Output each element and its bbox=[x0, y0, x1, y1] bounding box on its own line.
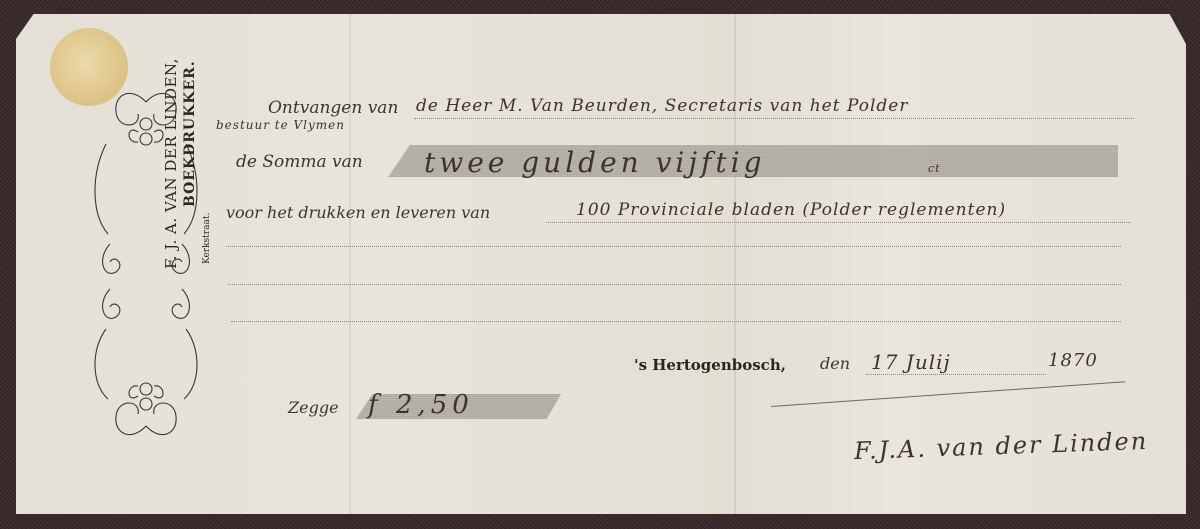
purpose-value: 100 Provinciale bladen (Polder reglement… bbox=[576, 200, 1006, 220]
dotted-line bbox=[228, 284, 1121, 285]
paper-fold bbox=[734, 14, 736, 514]
purpose-label: voor het drukken en leveren van bbox=[226, 203, 490, 222]
date-day-month: 17 Julij bbox=[871, 350, 951, 374]
city-name: 's Hertogenbosch, bbox=[634, 356, 786, 374]
printer-street: Kerkstraat. bbox=[202, 58, 212, 264]
dotted-line bbox=[231, 321, 1121, 322]
amount-value: f 2,50 bbox=[368, 390, 474, 420]
date-year: 1870 bbox=[1048, 350, 1098, 371]
paper-fold bbox=[349, 14, 351, 514]
amount-label: Zegge bbox=[288, 398, 339, 417]
receipt-paper: F. J. A. VAN DER LINDEN, BOEKDRUKKER. Ke… bbox=[16, 14, 1186, 514]
sum-suffix: ct bbox=[928, 162, 941, 175]
flourish-stroke bbox=[771, 381, 1125, 407]
printer-imprint: F. J. A. VAN DER LINDEN, BOEKDRUKKER. Ke… bbox=[162, 58, 212, 269]
dotted-line bbox=[414, 118, 1134, 119]
dotted-line bbox=[546, 222, 1131, 223]
sum-value: twee gulden vijftig bbox=[424, 146, 766, 179]
received-from-value: de Heer M. Van Beurden, Secretaris van h… bbox=[416, 96, 908, 116]
signature: F.J.A. van der Linden bbox=[854, 427, 1149, 465]
den-label: den bbox=[820, 354, 850, 373]
dotted-line bbox=[866, 374, 1046, 375]
sum-label: de Somma van bbox=[236, 152, 363, 172]
printer-trade: BOEKDRUKKER. bbox=[182, 58, 198, 207]
received-from-label: Ontvangen van bbox=[268, 98, 398, 118]
dotted-line bbox=[226, 246, 1121, 247]
received-from-continued: bestuur te Vlymen bbox=[216, 118, 345, 132]
printer-name: F. J. A. VAN DER LINDEN, bbox=[162, 58, 180, 269]
